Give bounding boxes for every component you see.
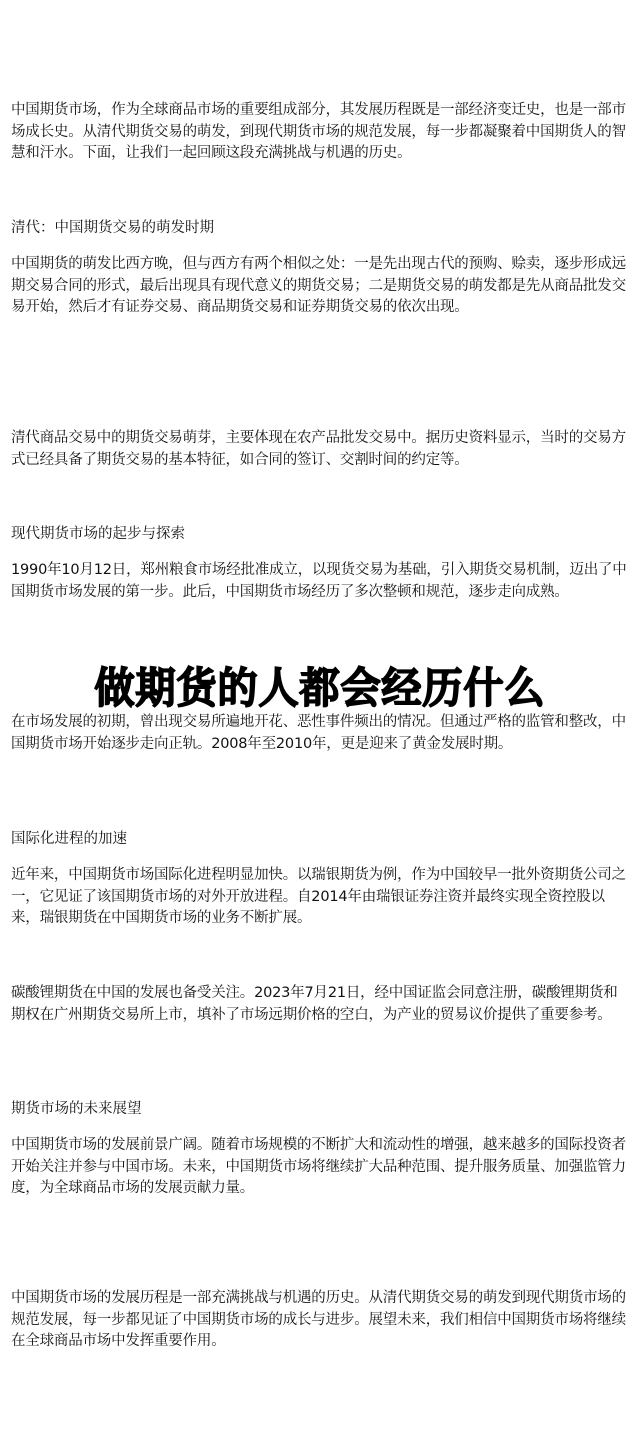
section-heading-future-outlook: 期货市场的未来展望 [11,1099,627,1119]
intro-paragraph: 中国期货市场，作为全球商品市场的重要组成部分，其发展历程既是一部经济变迁史，也是… [11,100,627,165]
paragraph-zhengzhou-1990: 1990年10月12日，郑州粮食市场经批准成立，以现货交易为基础，引入期货交易机… [11,560,627,603]
section-heading-modern-start: 现代期货市场的起步与探索 [11,524,627,544]
conclusion-paragraph: 中国期货市场的发展历程是一部充满挑战与机遇的历史。从清代期货交易的萌发到现代期货… [11,1288,627,1353]
paragraph-qing-trade: 清代商品交易中的期货交易萌芽，主要体现在农产品批发交易中。据历史资料显示，当时的… [11,428,627,471]
paragraph-ubs-futures: 近年来，中国期货市场国际化进程明显加快。以瑞银期货为例，作为中国较早一批外资期货… [11,865,627,930]
section-heading-qing-dynasty: 清代：中国期货交易的萌发时期 [11,218,627,238]
banner-title: 做期货的人都会经历什么 [0,662,640,717]
paragraph-lithium-carbonate: 碳酸锂期货在中国的发展也备受关注。2023年7月21日，经中国证监会同意注册，碳… [11,983,627,1026]
paragraph-qing-origins: 中国期货的萌发比西方晚，但与西方有两个相似之处：一是先出现古代的预购、赊卖，逐步… [11,254,627,319]
section-heading-internationalization: 国际化进程的加速 [11,829,627,849]
paragraph-future-prospects: 中国期货市场的发展前景广阔。随着市场规模的不断扩大和流动性的增强，越来越多的国际… [11,1135,627,1200]
paragraph-early-development: 在市场发展的初期，曾出现交易所遍地开花、恶性事件频出的情况。但通过严格的监管和整… [11,712,627,755]
